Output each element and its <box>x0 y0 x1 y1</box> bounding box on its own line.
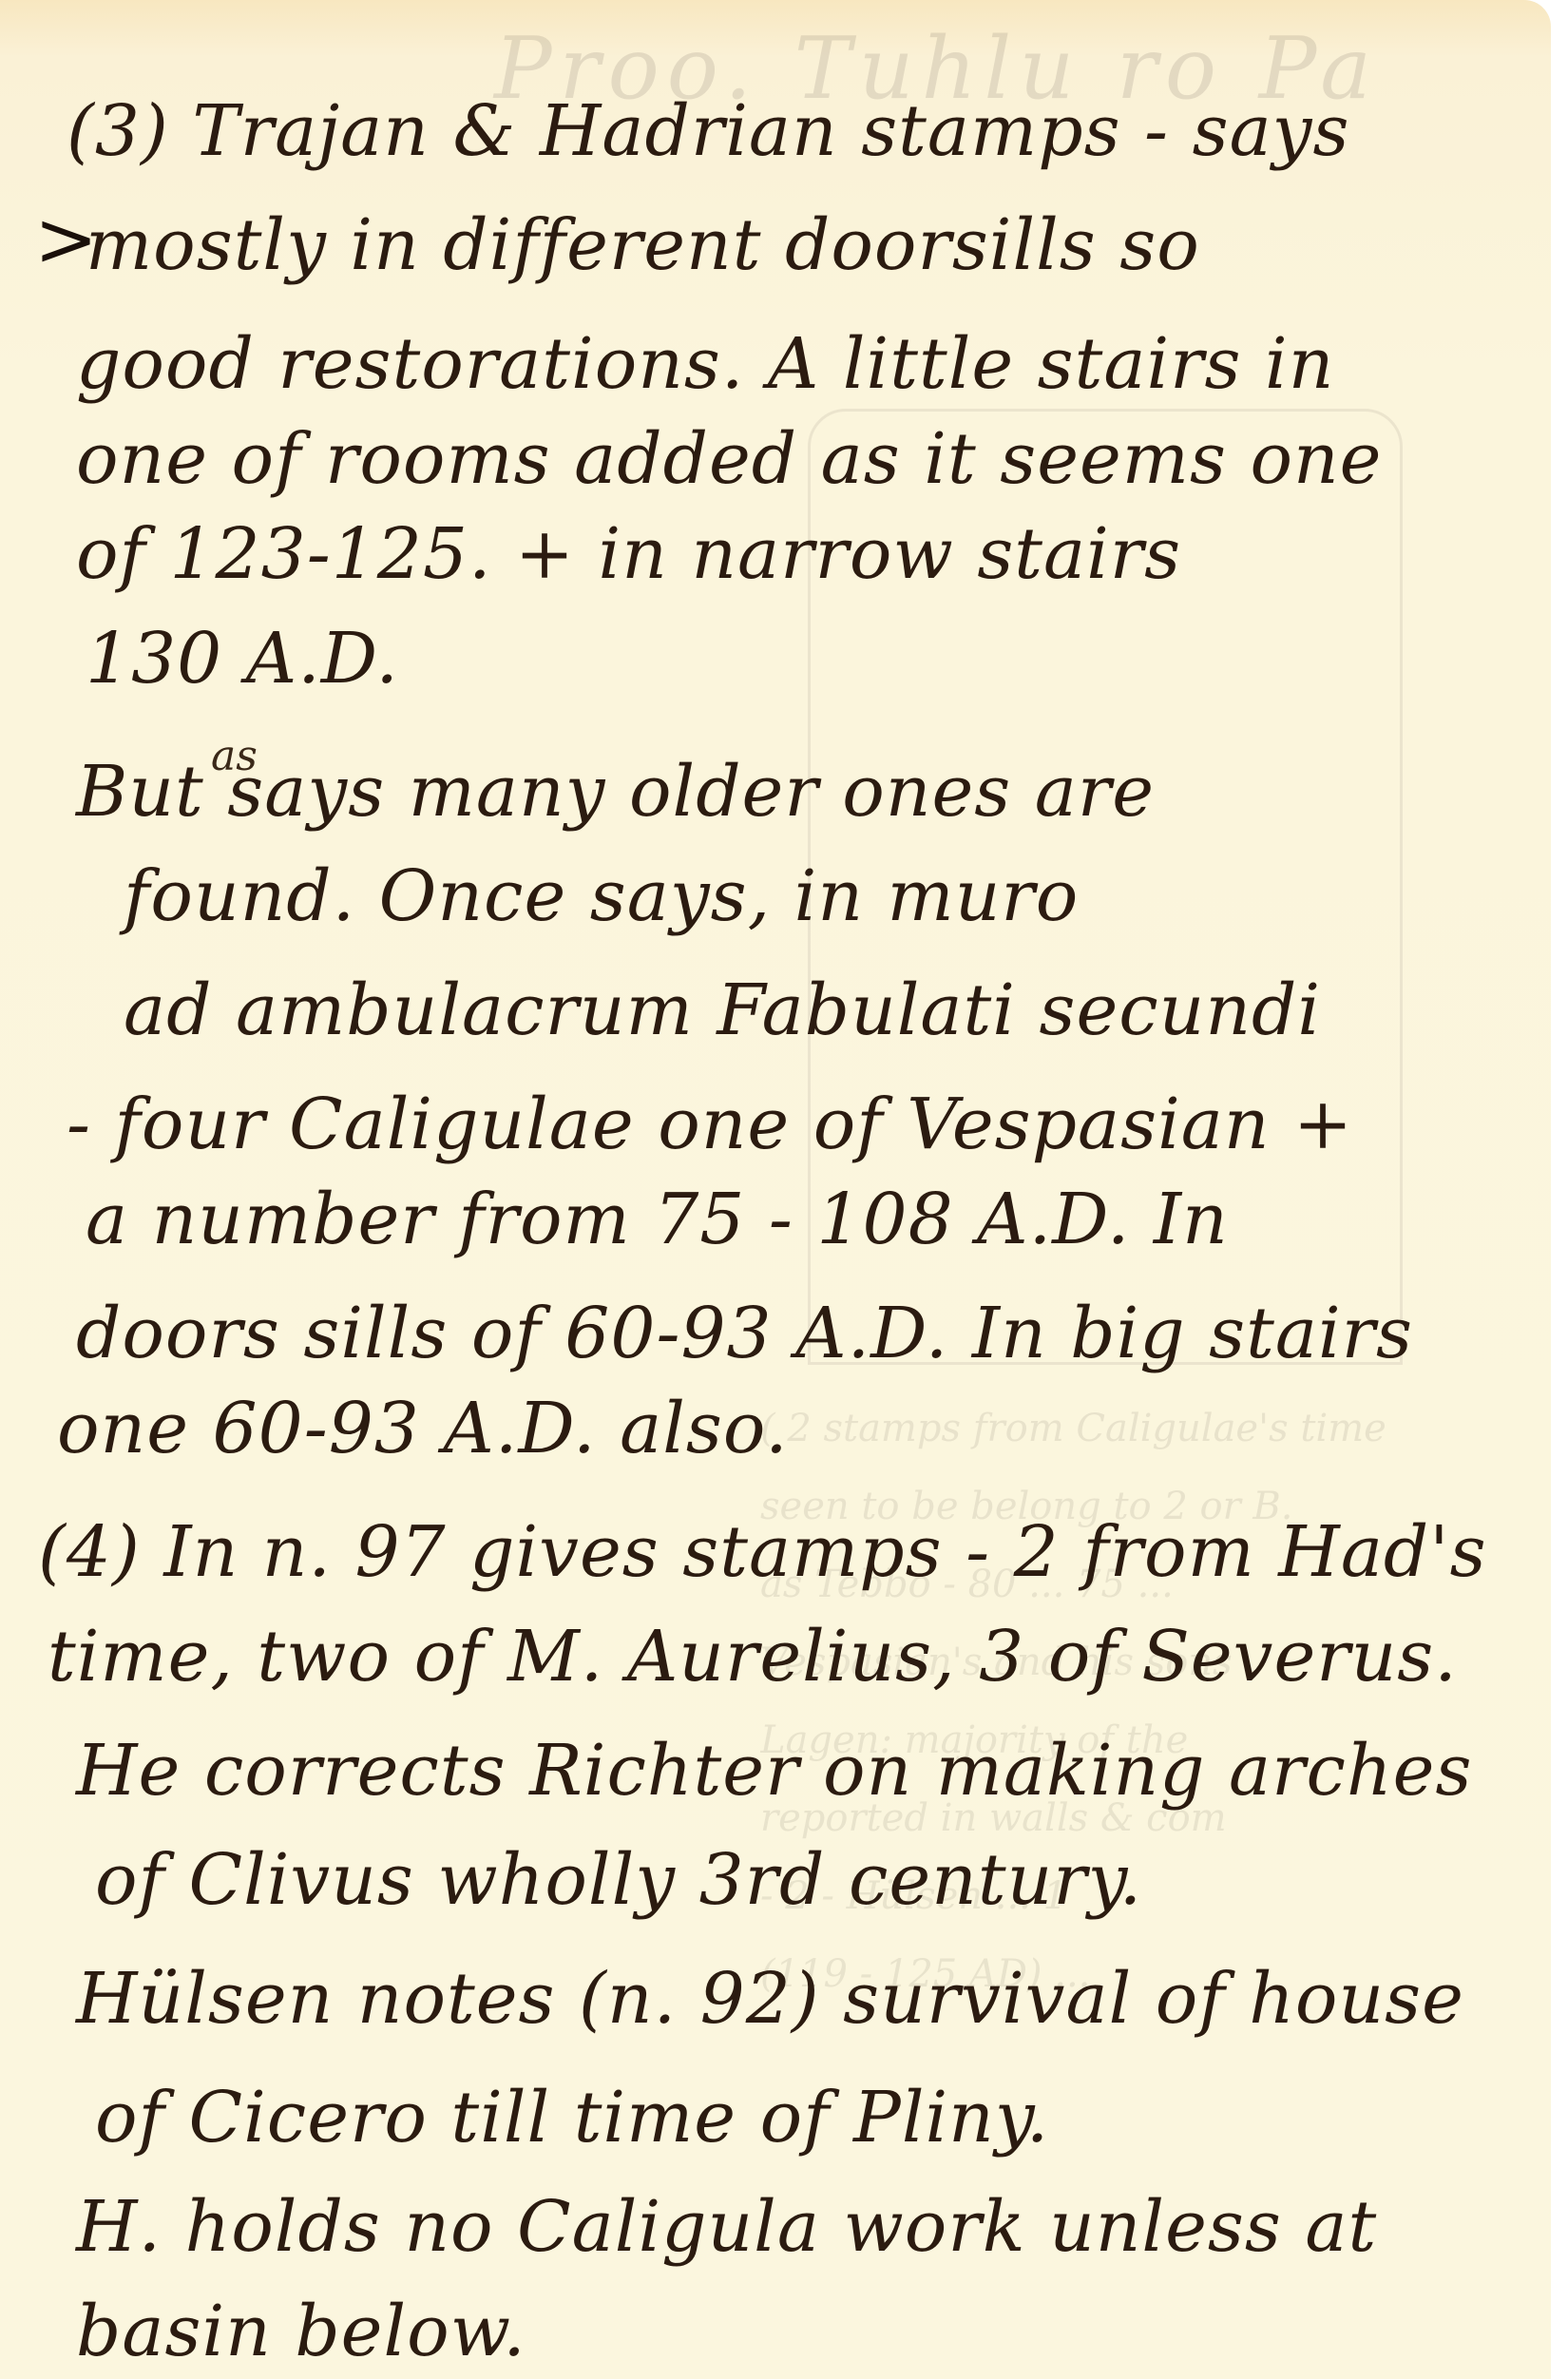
note-line: basin below. <box>76 2291 526 2372</box>
note-line: But says many older ones are <box>76 751 1155 833</box>
note-line: (3) Trajan & Hadrian stamps - says <box>67 90 1349 172</box>
note-line: good restorations. A little stairs in <box>76 323 1334 405</box>
note-line: ad ambulacrum Fabulati secundi <box>124 969 1321 1051</box>
note-line: found. Once says, in muro <box>124 855 1079 937</box>
note-line: of 123-125. + in narrow stairs <box>76 513 1181 595</box>
note-line: a number from 75 - 108 A.D. In <box>86 1179 1229 1260</box>
bleed-through-lines: ( 2 stamps from Caligulae's time seen to… <box>760 1407 1539 2030</box>
note-line: Hülsen notes (n. 92) survival of house <box>76 1958 1464 2040</box>
note-line: 130 A.D. <box>86 618 399 700</box>
note-line: one 60-93 A.D. also. <box>57 1388 789 1469</box>
note-line: - four Caligulae one of Vespasian + <box>67 1084 1353 1165</box>
note-line: mostly in different doorsills so <box>86 204 1200 286</box>
note-line: (4) In n. 97 gives stamps - 2 from Had's <box>38 1511 1487 1593</box>
note-line: time, two of M. Aurelius, 3 of Severus. <box>48 1616 1458 1698</box>
note-line: one of rooms added as it seems one <box>76 418 1382 500</box>
note-line: He corrects Richter on making arches <box>76 1730 1472 1812</box>
note-line: doors sills of 60-93 A.D. In big stairs <box>76 1293 1413 1374</box>
note-line: of Cicero till time of Pliny. <box>95 2077 1049 2158</box>
note-line: H. holds no Caligula work unless at <box>76 2186 1377 2268</box>
note-line: of Clivus wholly 3rd century. <box>95 1839 1142 1921</box>
